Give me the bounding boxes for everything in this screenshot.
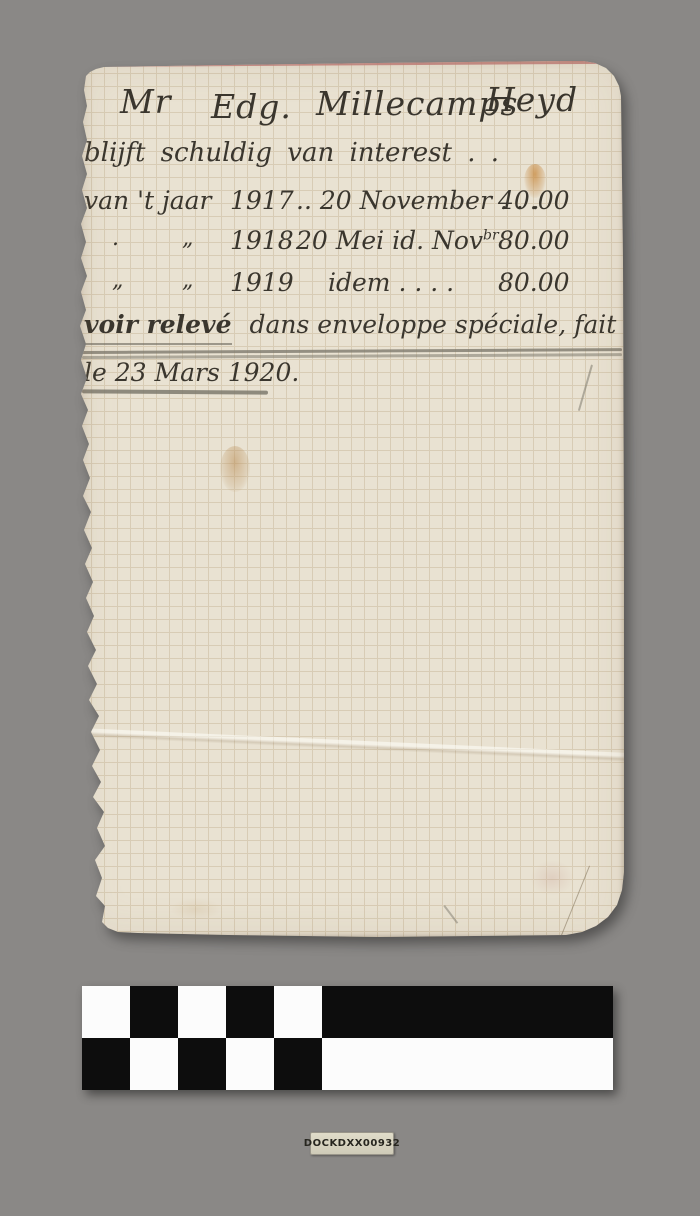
note-rest-text: dans enveloppe spéciale, fait: [250, 310, 617, 339]
row-year: 1917: [230, 186, 294, 215]
date-underline: [82, 389, 268, 394]
scale-cell-white: [274, 986, 322, 1038]
row-year: 1919: [230, 268, 294, 297]
title-word-heyd: Heyd: [486, 80, 578, 119]
brown-stain: [220, 446, 250, 492]
scale-row-bottom: [82, 1038, 613, 1090]
scale-cell-black: [130, 986, 178, 1038]
ledger-row-1917: van 't jaar 1917 .. 20 November . . . 40…: [78, 186, 625, 226]
scale-cell-black: [274, 1038, 322, 1090]
smudge-stain: [170, 898, 222, 920]
calibration-scale-bar: [82, 986, 613, 1090]
scale-cell-black: [178, 1038, 226, 1090]
date-line: le 23 Mars 1920.: [84, 358, 299, 387]
scale-cell-white: [82, 986, 130, 1038]
row-detail: idem . . . .: [328, 268, 454, 297]
subtitle-line: blijft schuldig van interest . .: [84, 138, 499, 168]
row-amount: 80.00: [498, 226, 570, 255]
paper-red-edge: [84, 61, 604, 67]
ditto-mark: .: [112, 226, 119, 251]
row-amount: 40.00: [498, 186, 570, 215]
scale-cell-white-bar: [322, 1038, 613, 1090]
note-line: voir relevédans enveloppe spéciale, fait: [84, 310, 616, 339]
scale-cell-white: [178, 986, 226, 1038]
row-detail-text: idem . . . .: [328, 268, 454, 297]
pencil-slash-mark: [578, 364, 593, 411]
handwritten-note-paper: Mr Edg. Millecamps Heyd blijft schuldig …: [78, 60, 625, 940]
ditto-mark: „: [112, 268, 123, 293]
corner-crease: [559, 866, 590, 941]
ledger-row-1918: . „ 1918 20 Mei id. Novbr 80.00: [78, 226, 625, 266]
scale-cell-white: [226, 1038, 274, 1090]
title-word-edg: Edg.: [211, 87, 292, 126]
scale-cell-black-bar: [322, 986, 613, 1038]
row-year: 1918: [230, 226, 294, 255]
fold-crease: [78, 728, 625, 762]
archive-id-text: DOCKDXX00932: [304, 1138, 400, 1149]
scale-cell-black: [226, 986, 274, 1038]
note-underlined-text: voir relevé: [84, 310, 232, 345]
scale-row-top: [82, 986, 613, 1038]
ditto-mark: „: [182, 268, 193, 293]
row-detail-superscript: br: [483, 228, 499, 244]
ledger-row-1919: „ „ 1919 idem . . . . 80.00: [78, 268, 625, 308]
photo-background: Mr Edg. Millecamps Heyd blijft schuldig …: [0, 0, 700, 1216]
title-word-mr: Mr: [120, 82, 172, 121]
faint-stain: [530, 860, 574, 896]
row-detail: 20 Mei id. Novbr: [296, 226, 499, 255]
row-prefix: van 't jaar: [84, 186, 211, 215]
scale-cell-black: [82, 1038, 130, 1090]
row-amount: 80.00: [498, 268, 570, 297]
scale-cell-white: [130, 1038, 178, 1090]
paper-shadow: Mr Edg. Millecamps Heyd blijft schuldig …: [78, 60, 625, 940]
archive-id-label: DOCKDXX00932: [310, 1132, 394, 1155]
ditto-mark: „: [182, 226, 193, 251]
pencil-tick-mark: [444, 905, 458, 923]
row-detail-text: 20 Mei id. Nov: [296, 226, 483, 255]
